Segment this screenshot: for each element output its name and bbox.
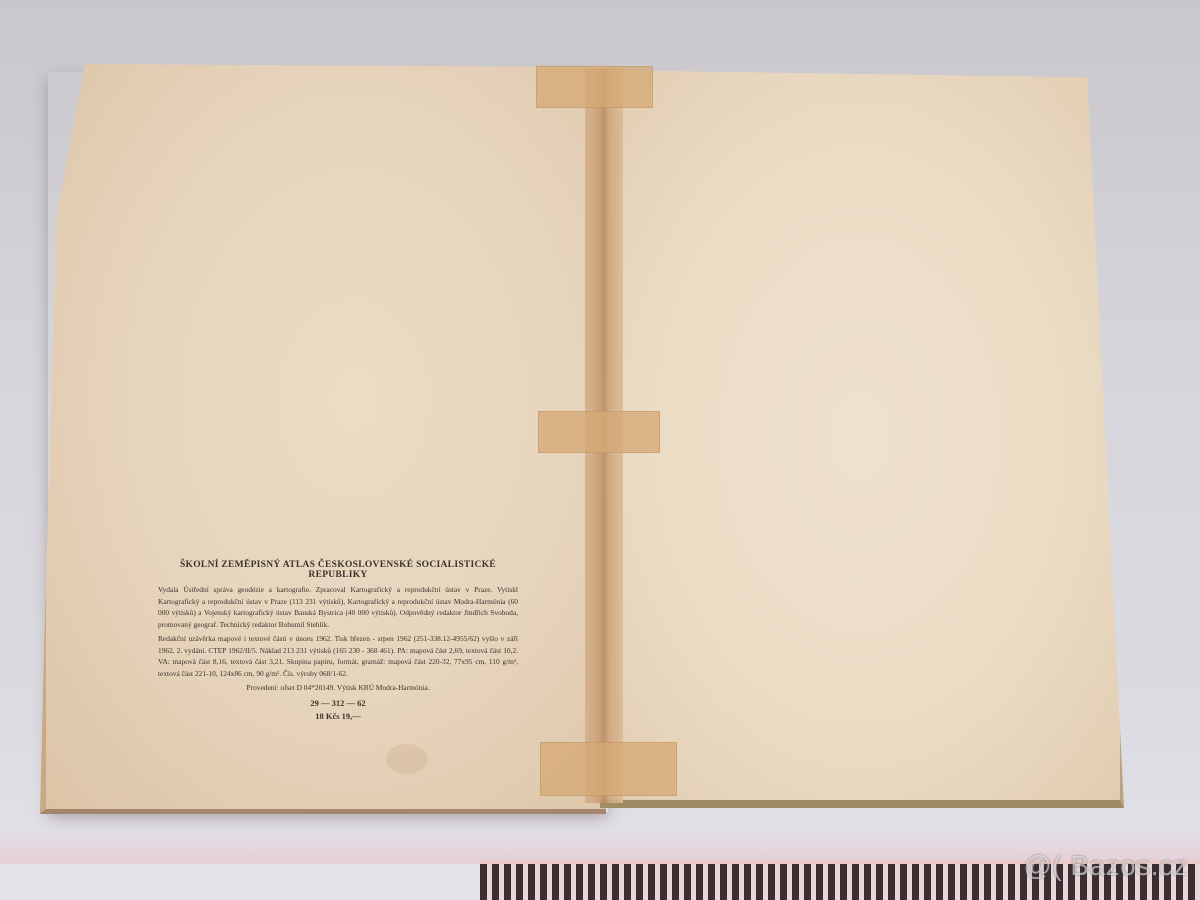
- right-page-endpaper: [600, 70, 1124, 808]
- colophon: ŠKOLNÍ ZEMĚPISNÝ ATLAS ČESKOSLOVENSKÉ SO…: [158, 560, 518, 723]
- catalog-code: 29 — 312 — 62: [158, 697, 518, 710]
- tape-middle: [538, 411, 660, 453]
- atlas-title: ŠKOLNÍ ZEMĚPISNÝ ATLAS ČESKOSLOVENSKÉ SO…: [158, 560, 518, 580]
- publisher-paragraph: Vydala Ústřední správa geodézie a kartog…: [158, 584, 518, 630]
- edition-paragraph: Redakční uzávěrka mapové i textové části…: [158, 633, 518, 679]
- tape-top: [536, 66, 653, 108]
- bazos-watermark: @( Bazos.cz: [1023, 850, 1188, 882]
- radiator-glow: [0, 830, 1200, 864]
- printing-info: Provedení: ofset D 04*20149. Výtisk KRÚ …: [158, 682, 518, 693]
- stain: [386, 744, 428, 774]
- tape-bottom: [540, 742, 677, 796]
- price: 18 Kčs 19,—: [158, 710, 518, 723]
